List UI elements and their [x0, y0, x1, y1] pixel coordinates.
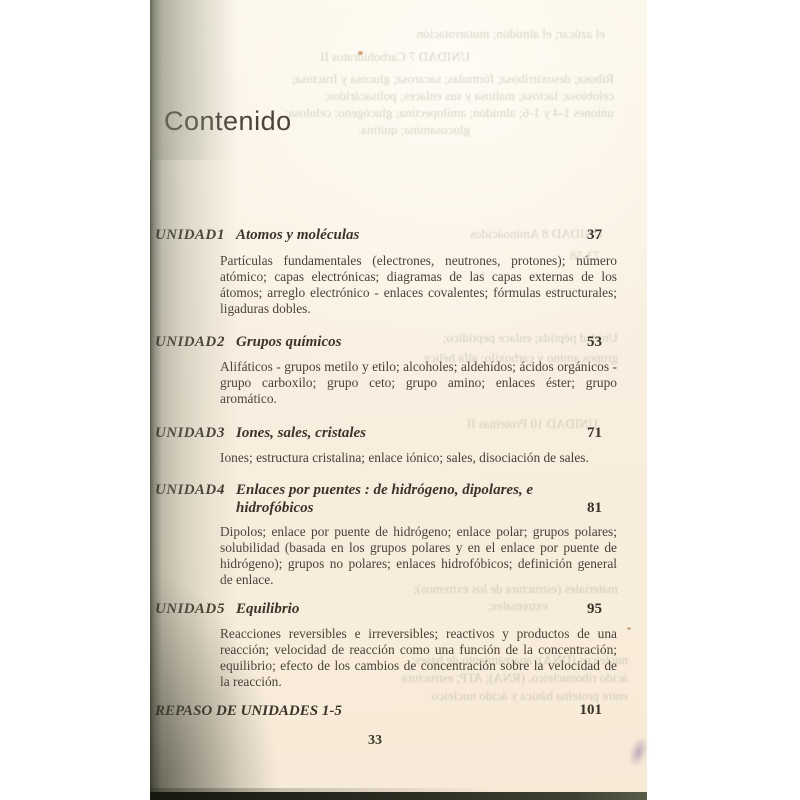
unit-description: Alifáticos - grupos metilo y etilo; alco…: [220, 359, 617, 407]
unit-label: UNIDAD: [155, 481, 217, 499]
unit-page-number: 81: [587, 499, 602, 517]
unit-number: 4: [217, 481, 236, 499]
unit-title: Equilibrio: [236, 600, 299, 618]
toc-entry-unit-4: UNIDAD 4 Enlaces por puentes : de hidróg…: [155, 481, 602, 517]
unit-number: 5: [217, 600, 236, 618]
bottom-page-edge: [150, 792, 647, 800]
review-label: REPASO DE UNIDADES 1-5: [155, 703, 342, 719]
toc-entry-review: REPASO DE UNIDADES 1-5 101: [155, 703, 602, 720]
unit-page-number: 53: [587, 333, 602, 351]
table-of-contents: Contenido UNIDAD 1 Atomos y moléculas 37…: [150, 0, 647, 800]
book-page: el azúcar; el almidón; mutarrotación UNI…: [150, 0, 647, 800]
unit-page-number: 71: [587, 424, 602, 442]
unit-description: Partículas fundamentales (electrones, ne…: [220, 253, 617, 317]
unit-description: Reacciones reversibles e irreversibles; …: [220, 626, 617, 690]
scanned-book-page: el azúcar; el almidón; mutarrotación UNI…: [0, 0, 800, 800]
unit-page-number: 95: [587, 600, 602, 618]
unit-number: 2: [217, 333, 236, 351]
toc-entry-unit-3: UNIDAD 3 Iones, sales, cristales 71: [155, 424, 602, 442]
toc-entry-unit-2: UNIDAD 2 Grupos químicos 53: [155, 333, 602, 351]
toc-entry-unit-5: UNIDAD 5 Equilibrio 95: [155, 600, 602, 618]
unit-label: UNIDAD: [155, 226, 217, 244]
unit-number: 3: [217, 424, 236, 442]
unit-label: UNIDAD: [155, 424, 217, 442]
folio-page-number: 33: [155, 733, 595, 749]
unit-title: Atomos y moléculas: [236, 226, 359, 244]
unit-title: Iones, sales, cristales: [236, 424, 366, 442]
paper-fleck: [358, 51, 363, 55]
unit-label: UNIDAD: [155, 600, 217, 618]
unit-description: Iones; estructura cristalina; enlace ión…: [220, 450, 617, 466]
paper-fleck: [627, 627, 631, 630]
unit-label: UNIDAD: [155, 333, 217, 351]
review-page-number: 101: [580, 702, 603, 719]
page-title: Contenido: [164, 106, 292, 137]
unit-number: 1: [217, 226, 236, 244]
unit-title: Enlaces por puentes : de hidrógeno, dipo…: [236, 481, 588, 517]
toc-entry-unit-1: UNIDAD 1 Atomos y moléculas 37: [155, 226, 602, 244]
unit-page-number: 37: [587, 226, 602, 244]
unit-description: Dipolos; enlace por puente de hidrógeno;…: [220, 524, 617, 588]
unit-title: Grupos químicos: [236, 333, 341, 351]
